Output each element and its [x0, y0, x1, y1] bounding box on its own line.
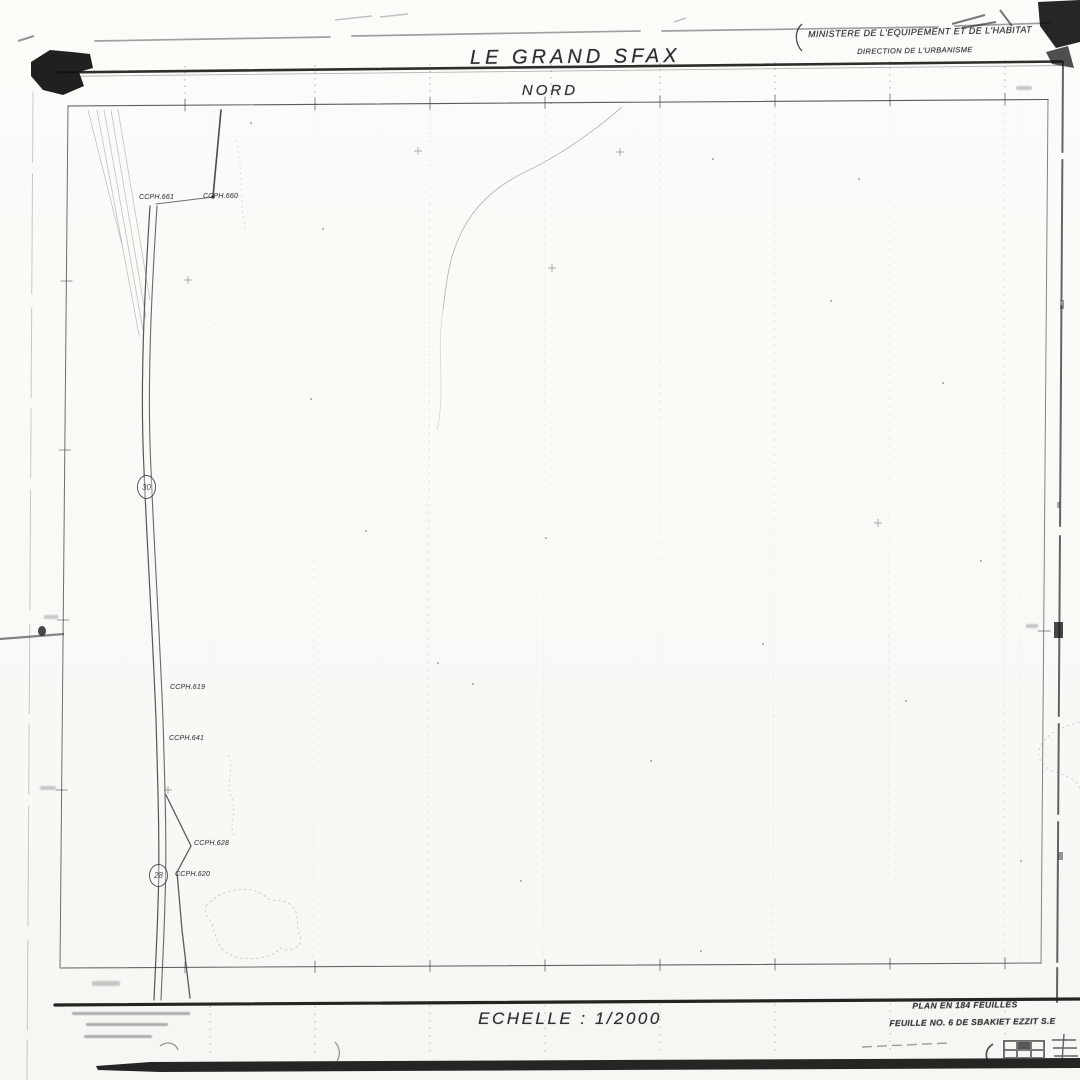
survey-point-label: CCPH.628	[194, 840, 229, 847]
ministry-brace	[796, 24, 802, 51]
meander-lower	[437, 310, 443, 430]
index-cell-selected	[1017, 1041, 1030, 1050]
left-edge-blob	[38, 626, 46, 636]
grid-line	[658, 108, 660, 961]
sheet-title: LE GRAND SFAX	[470, 45, 660, 70]
grid-line	[428, 109, 430, 962]
blob-top-right-b	[1046, 46, 1074, 68]
scan-artifacts	[0, 0, 1080, 1066]
edge-coordinate-smudge	[44, 615, 58, 619]
ccph660-boundary-line	[213, 110, 221, 197]
index-cell	[1004, 1050, 1017, 1059]
survey-point-label: CCPH.641	[169, 735, 204, 742]
index-cell	[1004, 1041, 1017, 1050]
survey-point-label: CCPH.619	[170, 684, 205, 691]
right-edge-mark-2	[1057, 502, 1060, 508]
blob-top-right-a	[1038, 0, 1080, 48]
fine-print-line	[86, 1023, 168, 1026]
left-edge-dash	[0, 634, 64, 639]
index-cell	[1031, 1050, 1044, 1059]
north-label: NORD	[505, 82, 595, 99]
index-cell	[1031, 1041, 1044, 1050]
grid-line	[1003, 105, 1005, 960]
road-marker-28: 28	[149, 864, 168, 887]
bottom-black-band	[96, 1058, 1080, 1072]
right-edge-mark-1	[1060, 300, 1064, 309]
contours	[205, 140, 1080, 959]
grid-line	[543, 108, 545, 961]
edge-coordinate-smudge	[1026, 624, 1038, 628]
grid-line	[313, 110, 315, 962]
corner-blob-tail	[18, 36, 34, 41]
frame-ticks	[56, 60, 1051, 1058]
footer-dash-line	[862, 1043, 948, 1047]
fine-print-line	[84, 1035, 152, 1038]
map-frame-left	[60, 106, 68, 967]
dotted-grid-lines	[213, 105, 1022, 962]
contour-squiggle-a	[228, 755, 234, 835]
map-frame-top	[68, 100, 1048, 107]
grid-line	[213, 110, 215, 962]
scale-label: ECHELLE : 1/2000	[470, 1009, 670, 1029]
scan-specks	[250, 122, 1022, 952]
right-scan-edge-line	[1057, 62, 1063, 1002]
grid-line	[888, 106, 890, 960]
sheet-index-icon	[1003, 1040, 1045, 1059]
road-marker-30: 30	[137, 475, 156, 499]
map-frame-bottom	[60, 963, 1041, 968]
contour-squiggle-d	[236, 140, 246, 232]
index-cell	[1017, 1050, 1030, 1059]
contour-blob-b	[205, 889, 300, 958]
map-frame-right	[1041, 100, 1048, 964]
right-edge-blob	[1054, 622, 1063, 638]
fine-print-line	[72, 1012, 190, 1015]
survey-point-label: CCPH.661	[139, 194, 174, 201]
survey-point-label: CCPH.660	[203, 193, 238, 200]
survey-point-label: CCPH.620	[175, 871, 210, 878]
edge-coordinate-smudge	[92, 981, 120, 986]
map-linework	[0, 0, 1080, 1080]
edge-coordinate-smudge	[1016, 86, 1032, 90]
scanned-map-sheet: LE GRAND SFAX NORD MINISTERE DE L'EQUIPE…	[0, 0, 1080, 1080]
grid-line	[1020, 105, 1022, 960]
edge-coordinate-smudge	[40, 786, 56, 790]
road-fan-lines	[88, 110, 150, 335]
left-margin-line	[27, 92, 33, 1080]
meander-track	[437, 107, 622, 430]
bottom-right-ladder	[1052, 1034, 1078, 1062]
sheet-frame	[27, 23, 1080, 1080]
right-edge-mark-3	[1058, 852, 1063, 860]
top-smudge-strokes	[335, 14, 686, 22]
meander-upper	[443, 107, 622, 310]
grid-line	[773, 107, 775, 961]
